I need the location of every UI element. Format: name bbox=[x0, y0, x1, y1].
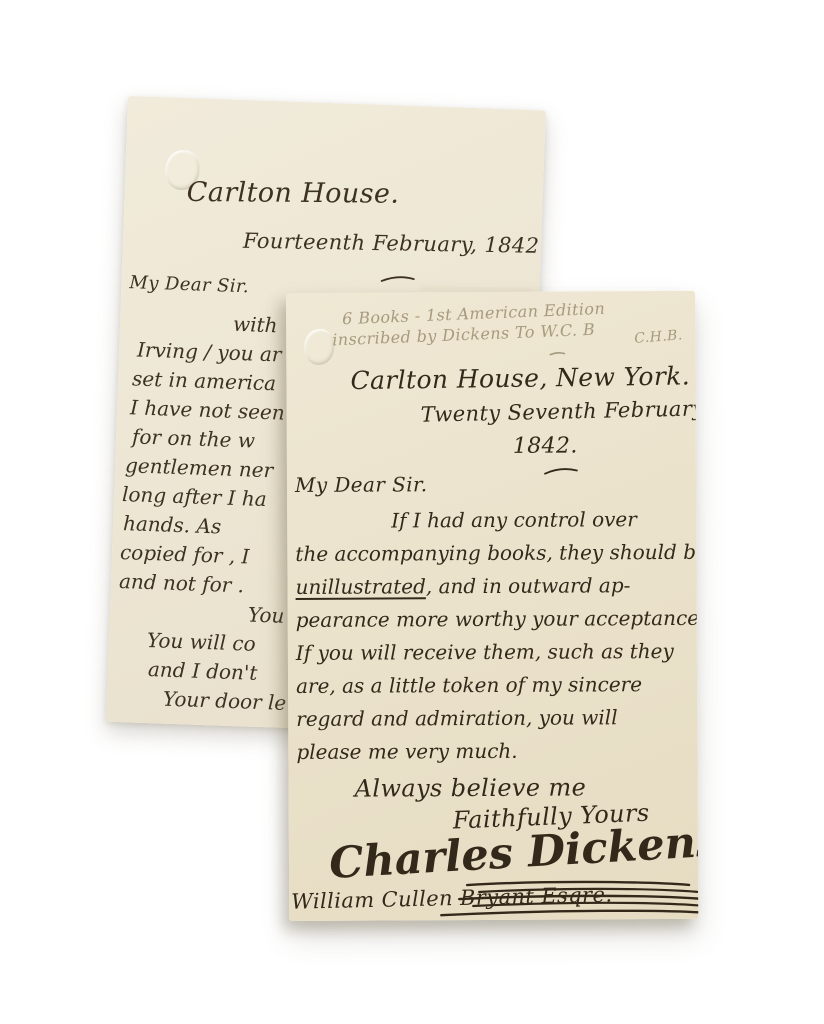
body-line: regard and admiration, you will bbox=[296, 705, 692, 740]
pen-flourish-dash bbox=[380, 273, 416, 286]
front-letter-year: 1842. bbox=[513, 433, 578, 458]
back-letter-heading: Carlton House. bbox=[187, 177, 400, 210]
front-letter-salutation: My Dear Sir. bbox=[295, 472, 428, 497]
back-letter-date: Fourteenth February, 1842 bbox=[243, 229, 540, 258]
body-line-rest: , and in outward ap- bbox=[426, 573, 631, 598]
front-letter-date: Twenty Seventh February bbox=[420, 396, 698, 426]
body-line: are, as a little token of my sincere bbox=[296, 672, 692, 707]
pencil-dash bbox=[548, 350, 566, 358]
body-line: If you will receive them, such as they bbox=[296, 639, 692, 674]
body-line: unillustrated, and in outward ap- bbox=[295, 573, 691, 608]
body-line: If I had any control over bbox=[391, 507, 691, 542]
letter-page-front: 6 Books - 1st American Edition inscribed… bbox=[286, 291, 698, 921]
pen-flourish-dash bbox=[543, 465, 579, 477]
front-letter-heading: Carlton House, New York. bbox=[350, 361, 690, 395]
pencil-cataloguer-initials: C.H.B. bbox=[634, 327, 684, 347]
body-line: please me very much. bbox=[296, 738, 692, 773]
body-line: pearance more worthy your acceptance. bbox=[296, 606, 692, 641]
dickens-signature: Charles Dickens bbox=[328, 817, 698, 889]
closing-line: Always believe me bbox=[355, 773, 587, 802]
embossed-crest-icon bbox=[304, 329, 334, 365]
underlined-word: unillustrated bbox=[295, 574, 425, 599]
photo-backdrop: Carlton House. Fourteenth February, 1842… bbox=[0, 0, 824, 1024]
body-line: the accompanying books, they should be bbox=[295, 540, 691, 575]
front-letter-body: If I had any control over the accompanyi… bbox=[295, 507, 692, 773]
back-letter-salutation: My Dear Sir. bbox=[129, 272, 249, 297]
